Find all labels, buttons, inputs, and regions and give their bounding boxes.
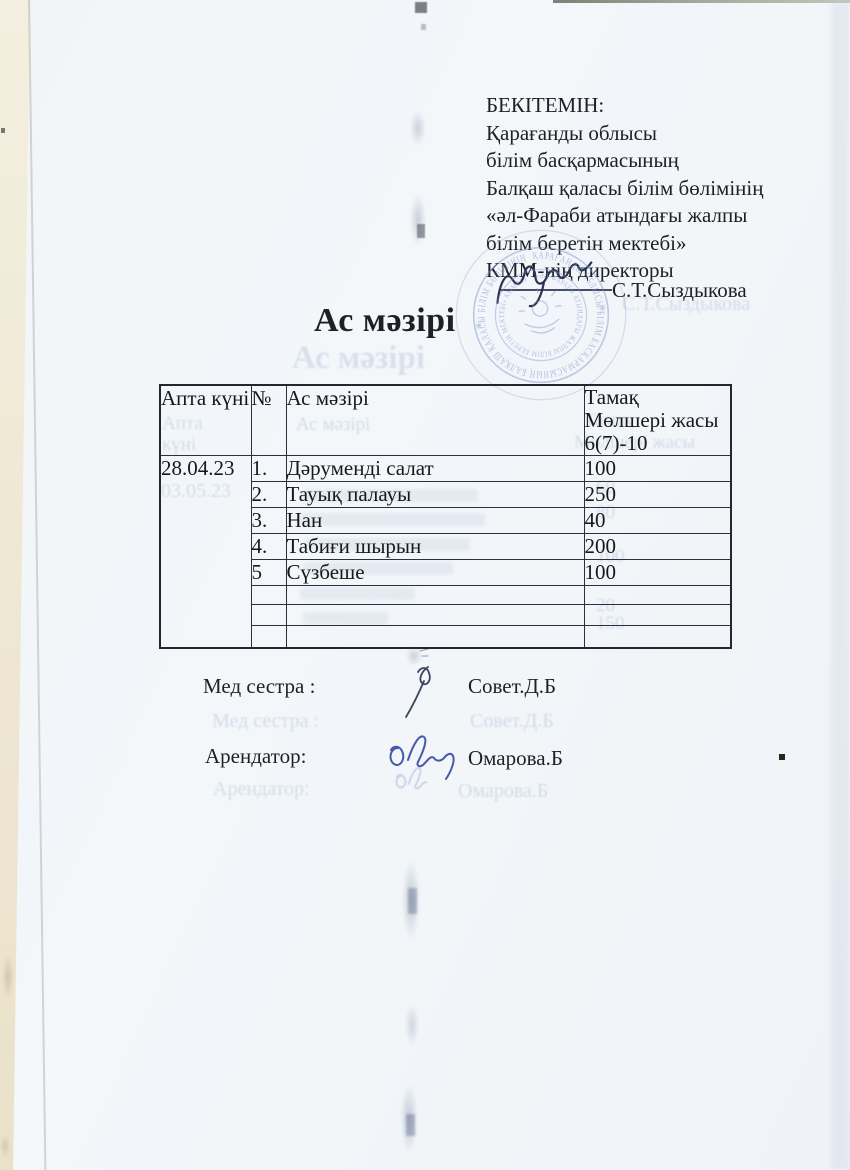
scanned-menu-document: БЕКІТЕМІН: Қарағанды облысы білім басқар… (0, 0, 850, 1170)
nurse-label: Мед сестра : (203, 674, 315, 699)
dish-name: Дәруменді салат (286, 456, 584, 482)
ghost-director-name: С.Т.Сыздыкова (622, 293, 750, 316)
row-number (251, 605, 286, 626)
ghost-nurse-label: Мед сестра : (212, 710, 319, 733)
ghost-tenant-signature (390, 762, 450, 798)
fold-smudge (410, 110, 426, 146)
fold-smudge (410, 194, 426, 246)
portion-amount (584, 626, 731, 648)
portion-amount: 40 (584, 508, 731, 534)
portion-amount (584, 586, 731, 605)
stamp-star-icon: ✳ (474, 321, 484, 333)
ghost-nurse-name: Совет.Д.Б (470, 710, 554, 733)
header-amount-line: 6(7)-10 (585, 432, 731, 455)
page-title: Ас мәзірі (314, 302, 456, 340)
dish-name: Табиғи шырын (286, 534, 584, 560)
dish-name (286, 605, 584, 626)
fold-mark (421, 24, 426, 30)
portion-amount: 250 (584, 482, 731, 508)
tenant-label: Арендатор: (205, 744, 306, 769)
ghost-page-title: Ас мәзірі (292, 340, 425, 377)
menu-table: Апта күні № Ас мәзірі Тамақ Мөлшері жасы… (159, 384, 732, 649)
portion-amount: 200 (584, 534, 731, 560)
approval-line: «әл-Фараби атындағы жалпы (486, 202, 786, 230)
table-row: 28.04.23 1. Дәруменді салат 100 (160, 456, 731, 482)
tenant-name: Омарова.Б (468, 746, 563, 771)
stamp-ring-text: ҚАРАҒАНДЫ ОБЛЫСЫ БІЛІМ БАСҚАРМАСЫНЫҢ БАЛ… (468, 242, 614, 388)
fold-mark (408, 888, 417, 914)
approval-line: Қарағанды облысы (486, 120, 786, 148)
ghost-tenant-name: Омарова.Б (458, 780, 548, 803)
approval-line: білім басқармасының (486, 147, 786, 175)
table-header-row: Апта күні № Ас мәзірі Тамақ Мөлшері жасы… (160, 385, 731, 456)
row-number: 1. (251, 456, 286, 482)
portion-amount (584, 605, 731, 626)
scan-shade-right (831, 0, 850, 1170)
row-number (251, 626, 286, 648)
fold-mark (415, 2, 427, 13)
fold-mark (406, 1114, 415, 1136)
dish-name: Тауық палауы (286, 482, 584, 508)
row-number: 4. (251, 534, 286, 560)
fold-mark (417, 224, 425, 238)
menu-date: 28.04.23 (160, 456, 251, 648)
dish-name: Нан (286, 508, 584, 534)
row-number: 5 (251, 560, 286, 586)
portion-amount: 100 (584, 560, 731, 586)
header-menu: Ас мәзірі (286, 385, 584, 456)
scan-edge-line (28, 0, 46, 1170)
ink-speck (1, 128, 5, 133)
svg-text:ҚАРАҒАНДЫ ОБЛЫСЫ БІЛІМ БАСҚАРМ: ҚАРАҒАНДЫ ОБЛЫСЫ БІЛІМ БАСҚАРМАСЫНЫҢ БАЛ… (468, 242, 614, 388)
dish-name: Сүзбеше (286, 560, 584, 586)
stamp-star-icon: ✳ (598, 303, 608, 315)
nurse-name: Совет.Д.Б (468, 674, 556, 699)
ink-speck (779, 754, 785, 760)
approval-line: БЕКІТЕМІН: (486, 92, 786, 120)
row-number (251, 586, 286, 605)
row-number: 3. (251, 508, 286, 534)
approval-line: Балқаш қаласы білім бөлімінің (486, 175, 786, 203)
header-amount: Тамақ Мөлшері жасы 6(7)-10 (584, 385, 731, 456)
stamp-emblem-icon (516, 285, 565, 336)
header-amount-line: Тамақ (585, 386, 731, 409)
ghost-tenant-label: Арендатор: (213, 778, 310, 801)
row-number: 2. (251, 482, 286, 508)
header-amount-line: Мөлшері жасы (585, 409, 731, 432)
fold-smudge (405, 1004, 419, 1046)
edge-smudge (0, 1134, 10, 1158)
dish-name (286, 586, 584, 605)
svg-text:«ӘЛ-ФАРАБИ АТЫНДАҒЫ ЖАЛПЫ БІЛІ: «ӘЛ-ФАРАБИ АТЫНДАҒЫ ЖАЛПЫ БІЛІМ БЕРЕТІН … (491, 265, 590, 364)
header-num: № (251, 385, 286, 456)
stamp-inner-text: «ӘЛ-ФАРАБИ АТЫНДАҒЫ ЖАЛПЫ БІЛІМ БЕРЕТІН … (491, 265, 590, 364)
header-day: Апта күні (160, 385, 251, 456)
scan-edge-top (553, 0, 850, 3)
fold-smudge (406, 646, 422, 666)
portion-amount: 100 (584, 456, 731, 482)
edge-smudge (2, 955, 14, 999)
